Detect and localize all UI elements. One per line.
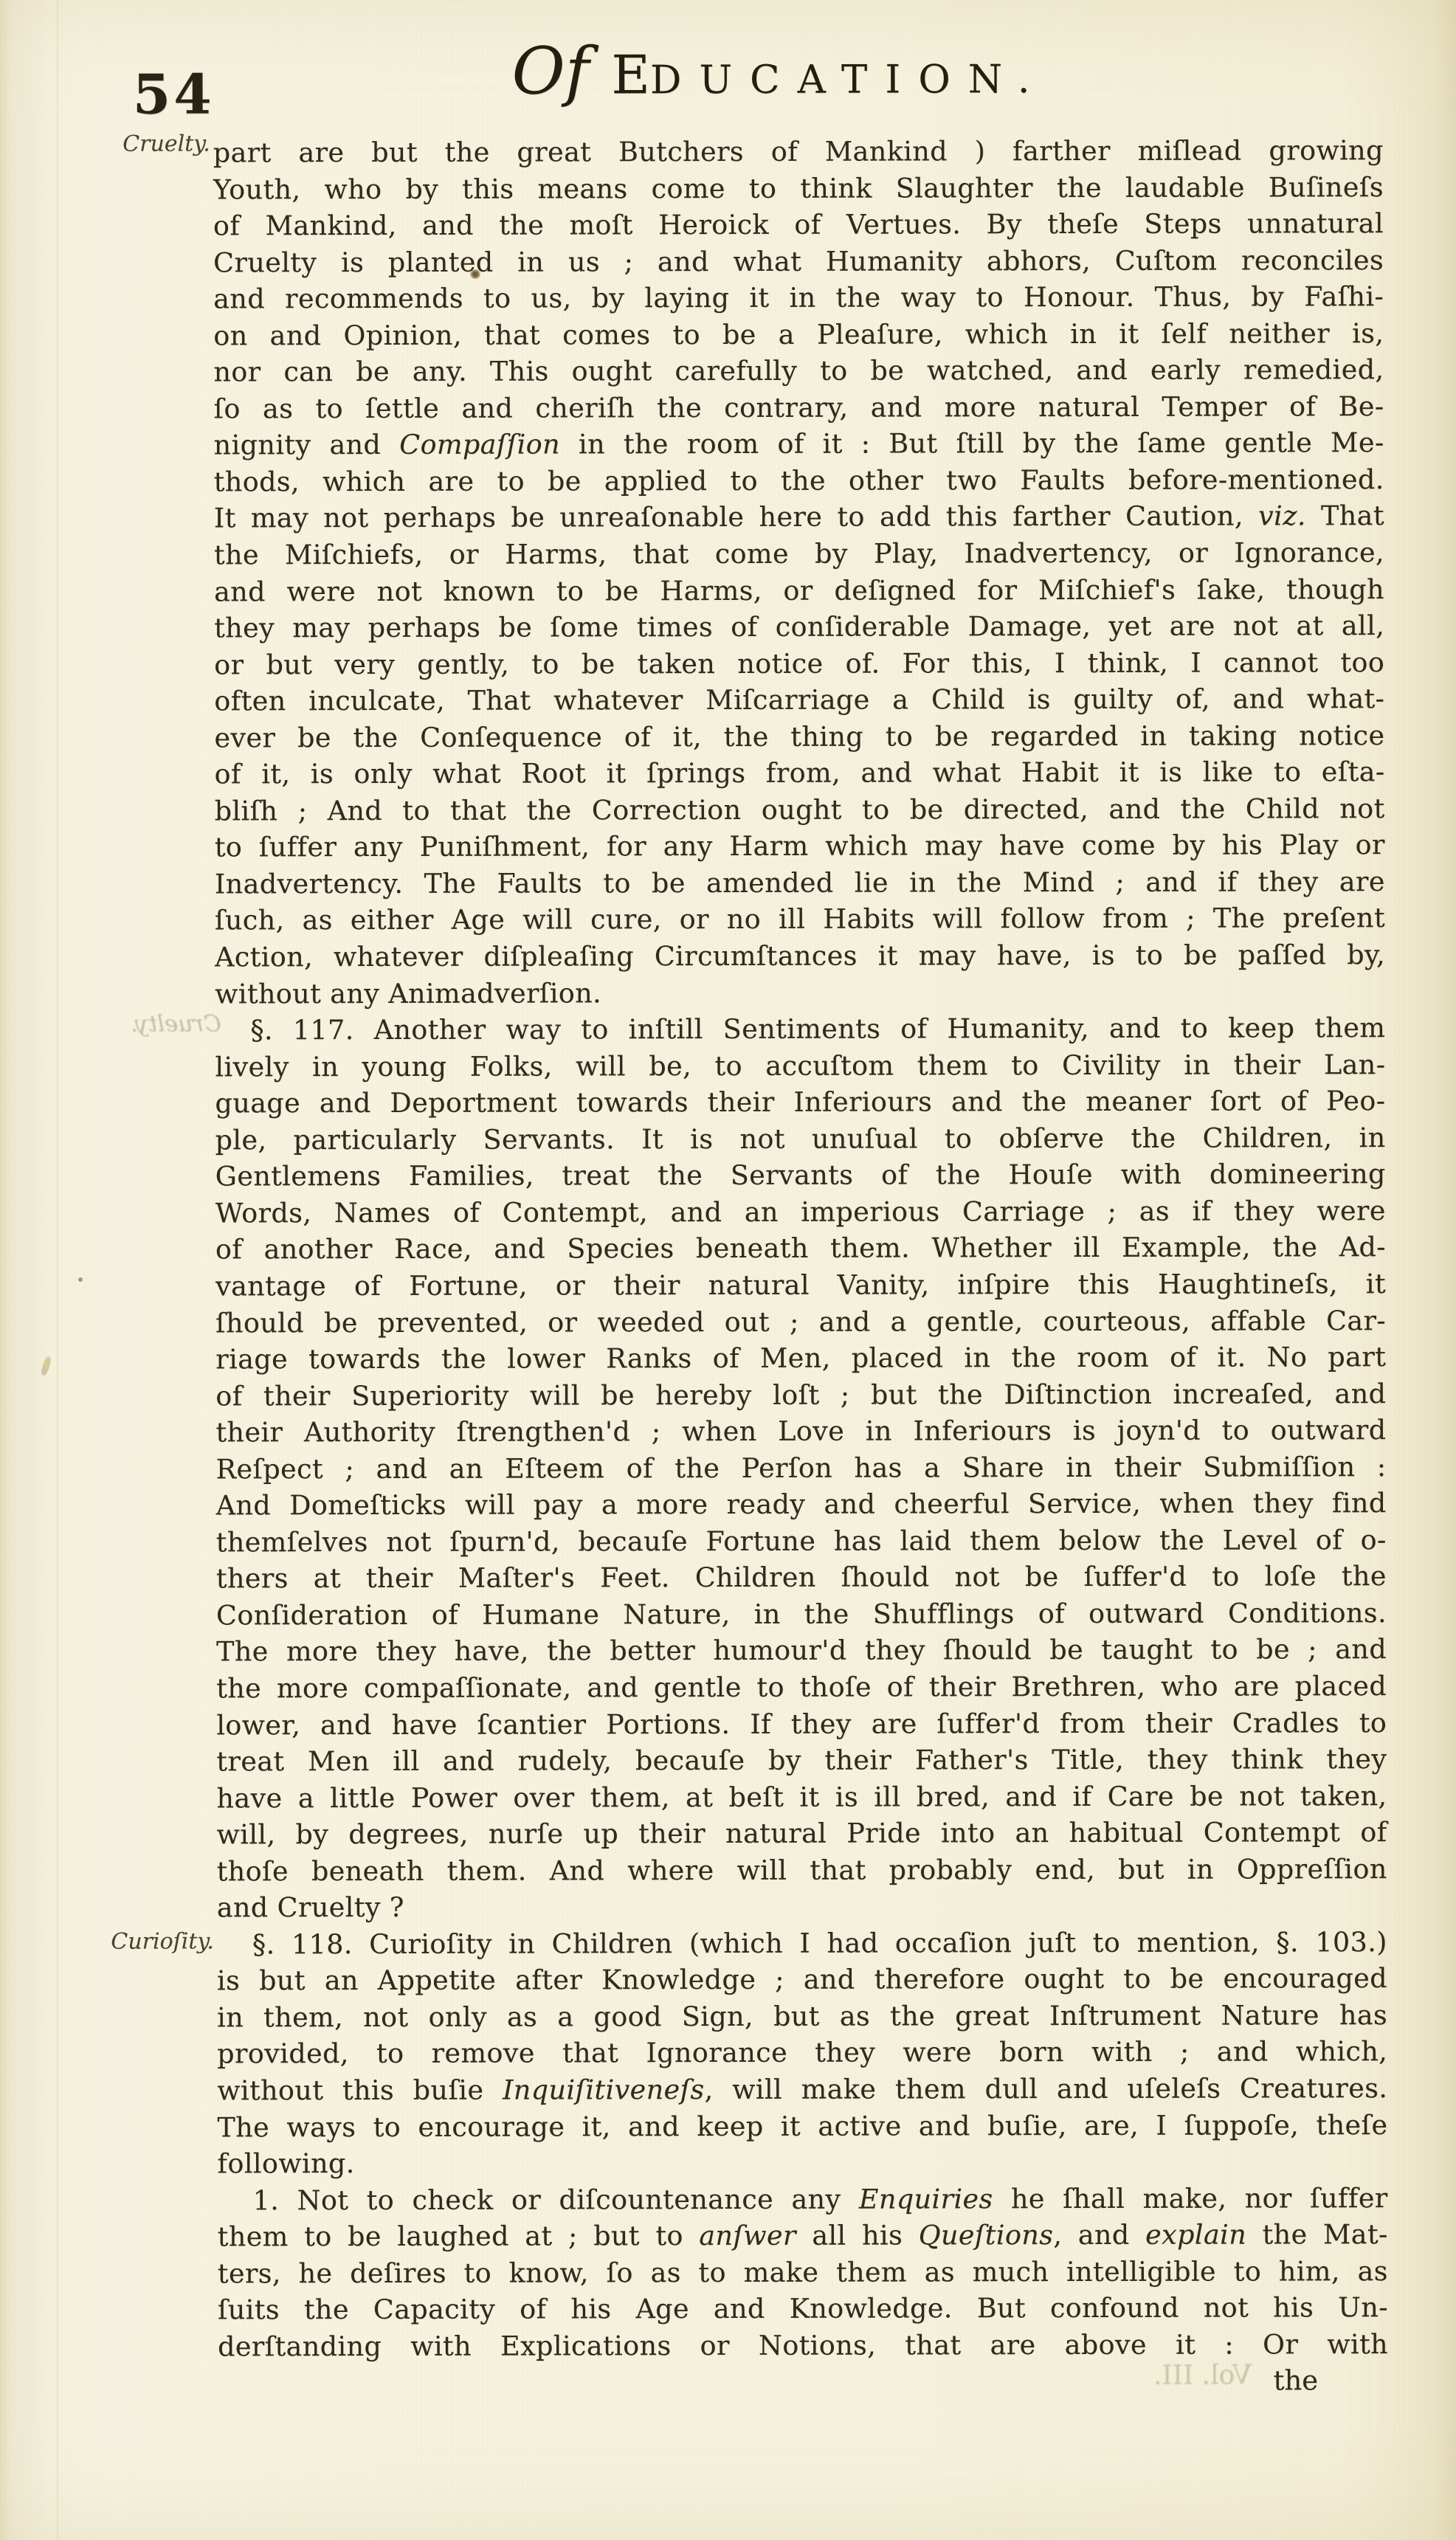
text-line: Gentlemens Families, treat the Servants … [215, 1156, 1386, 1195]
text-line: and Cruelty ? [217, 1887, 1387, 1926]
text-line: The more they have, the better humour'd … [216, 1632, 1387, 1671]
text-line: Cruelty is planted in us ; and what Huma… [213, 242, 1384, 281]
text-line: Inadvertency. The Faults to be amended l… [215, 863, 1385, 903]
book-page-scan: Cruelty. Vol. III. 54 OfEDUCATION. Cruel… [0, 0, 1456, 2540]
text-line: the more compaſſionate, and gentle to th… [216, 1668, 1387, 1707]
text-line: ſuch, as either Age will cure, or no ill… [215, 900, 1385, 939]
text-line: or but very gently, to be taken notice o… [214, 644, 1384, 683]
text-line: It may not perhaps be unreaſonable here … [214, 498, 1384, 537]
text-line: ever be the Conſequence of it, the thing… [214, 717, 1384, 756]
text-line: derſtanding with Explications or Notions… [218, 2326, 1388, 2365]
running-title-initial: E [611, 44, 650, 106]
text-line: provided, to remove that Ignorance they … [217, 2034, 1387, 2073]
text-line: lower, and have ſcantier Portions. If th… [216, 1705, 1387, 1744]
text-line: vantage of Fortune, or their natural Van… [215, 1266, 1386, 1305]
text-line: in them, not only as a good Sign, but as… [217, 1997, 1387, 2036]
text-line: bliſh ; And to that the Correction ought… [215, 790, 1385, 829]
text-line: they may perhaps be ſome times of conſid… [214, 607, 1384, 646]
text-line: ſuits the Capacity of his Age and Knowle… [218, 2289, 1388, 2328]
text-line: of another Race, and Species beneath the… [215, 1229, 1386, 1269]
text-line: their Authority ſtrengthen'd ; when Love… [215, 1412, 1386, 1451]
text-line: will, by degrees, nurſe up their natural… [217, 1814, 1387, 1853]
text-line: §. 117. Another way to inſtill Sentiment… [215, 1010, 1385, 1049]
text-line: treat Men ill and rudely, becauſe by the… [216, 1741, 1387, 1780]
text-line: and were not known to be Harms, or deſig… [214, 571, 1384, 610]
catchword: the [218, 2364, 1388, 2398]
text-line: And Domeſticks will pay a more ready and… [216, 1485, 1387, 1524]
text-line: lively in young Folks, will be, to accuſ… [215, 1046, 1385, 1086]
text-block: part are but the great Butchers of Manki… [213, 132, 1388, 2365]
text-line: them to be laughed at ; but to anſwer al… [218, 2216, 1388, 2255]
text-line: ſo as to ſettle and cheriſh the contrary… [214, 388, 1384, 427]
running-title-rest: DUCATION. [650, 57, 1048, 103]
text-line: and recommends to us, by laying it in th… [213, 278, 1384, 317]
text-line: following. [217, 2143, 1387, 2182]
text-line: without this buſie Inquiſitiveneſs, will… [217, 2070, 1387, 2109]
text-line: ſhould be prevented, or weeded out ; and… [215, 1302, 1386, 1342]
text-line: on and Opinion, that comes to be a Pleaſ… [213, 315, 1384, 354]
text-line: The ways to encourage it, and keep it ac… [217, 2107, 1387, 2146]
text-line: §. 118. Curioſity in Children (which I h… [217, 1924, 1387, 1963]
text-line: 1. Not to check or diſcountenance any En… [218, 2180, 1388, 2219]
text-line: Words, Names of Contempt, and an imperio… [215, 1193, 1386, 1232]
text-line: part are but the great Butchers of Manki… [213, 132, 1384, 171]
text-line: Action, whatever diſpleaſing Circumſtanc… [215, 936, 1385, 976]
text-line: ters, he deſires to know, ſo as to make … [218, 2253, 1388, 2292]
text-line: the Miſchiefs, or Harms, that come by Pl… [214, 534, 1384, 573]
text-line: of it, is only what Root it ſprings from… [215, 753, 1385, 793]
text-line: of Mankind, and the moſt Heroick of Vert… [213, 205, 1384, 244]
margin-note-curiosity: Curioſity. [89, 1928, 214, 1954]
text-line: themſelves not ſpurn'd, becauſe Fortune … [216, 1522, 1387, 1561]
showthrough-cruelty-mirror: Cruelty. [131, 1010, 221, 1037]
text-line: of their Superiority will be hereby loſt… [215, 1376, 1386, 1415]
text-line: thods, which are to be applied to the ot… [214, 461, 1384, 500]
text-line: thers at their Maſter's Feet. Children ſ… [216, 1558, 1387, 1597]
text-line: is but an Appetite after Knowledge ; and… [217, 1960, 1387, 1999]
running-title: OfEDUCATION. [194, 31, 1364, 109]
text-line: often inculcate, That whatever Miſcarria… [214, 680, 1384, 719]
text-line: Reſpect ; and an Eſteem of the Perſon ha… [216, 1449, 1387, 1488]
text-line: to ſuffer any Puniſhment, for any Harm w… [215, 827, 1385, 866]
text-line: thoſe beneath them. And where will that … [217, 1851, 1387, 1890]
running-title-of: Of [512, 32, 590, 108]
text-line: have a little Power over them, at beſt i… [216, 1778, 1387, 1817]
text-line: Youth, who by this means come to think S… [213, 169, 1384, 208]
text-line: guage and Deportment towards their Infer… [215, 1083, 1385, 1122]
text-line: nor can be any. This ought carefully to … [213, 351, 1384, 390]
margin-note-cruelty: Cruelty. [85, 131, 210, 156]
text-line: riage towards the lower Ranks of Men, pl… [215, 1339, 1386, 1378]
text-line: Conſideration of Humane Nature, in the S… [216, 1595, 1387, 1634]
page-content: Cruelty. Vol. III. 54 OfEDUCATION. Cruel… [0, 0, 1456, 2540]
text-line: nignity and Compaſſion in the room of it… [214, 425, 1384, 464]
text-line: without any Animadverſion. [215, 973, 1385, 1012]
text-line: ple, particularly Servants. It is not un… [215, 1119, 1386, 1159]
